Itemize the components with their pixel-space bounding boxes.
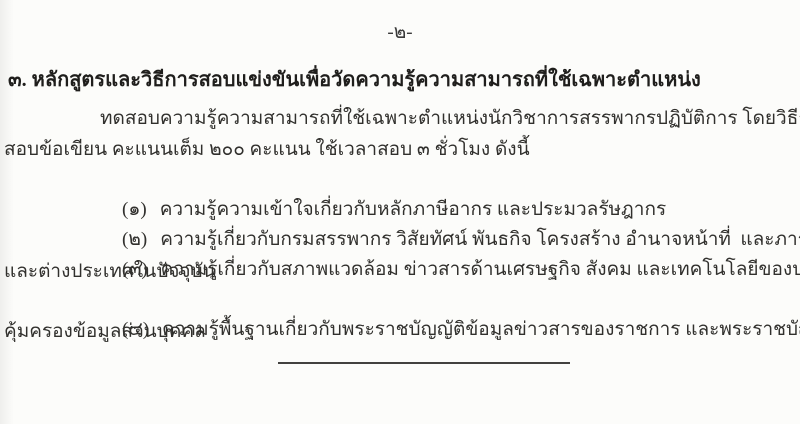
intro-line-2: สอบข้อเขียน คะแนนเต็ม ๒๐๐ คะแนน ใช้เวลาส… — [4, 136, 530, 164]
page-number: -๒- — [0, 20, 800, 46]
scanned-document-page: -๒- ๓. หลักสูตรและวิธีการสอบแข่งขันเพื่อ… — [0, 0, 800, 424]
list-item-3-text: ความรู้เกี่ยวกับสภาพแวดล้อม ข่าวสารด้านเ… — [161, 259, 800, 280]
intro-line-1: ทดสอบความรู้ความสามารถที่ใช้เฉพาะตำแหน่ง… — [100, 105, 800, 133]
list-item-4-continuation: คุ้มครองข้อมูลส่วนบุคคล — [4, 318, 206, 346]
list-item-3-continuation: และต่างประเทศในปัจจุบัน — [4, 258, 216, 286]
list-item-4-text: ความรู้พื้นฐานเกี่ยวกับพระราชบัญญัติข้อม… — [162, 319, 800, 340]
list-item-4: (๔)ความรู้พื้นฐานเกี่ยวกับพระราชบัญญัติข… — [103, 288, 800, 372]
horizontal-divider — [278, 362, 570, 364]
section-heading: ๓. หลักสูตรและวิธีการสอบแข่งขันเพื่อวัดค… — [8, 66, 701, 94]
